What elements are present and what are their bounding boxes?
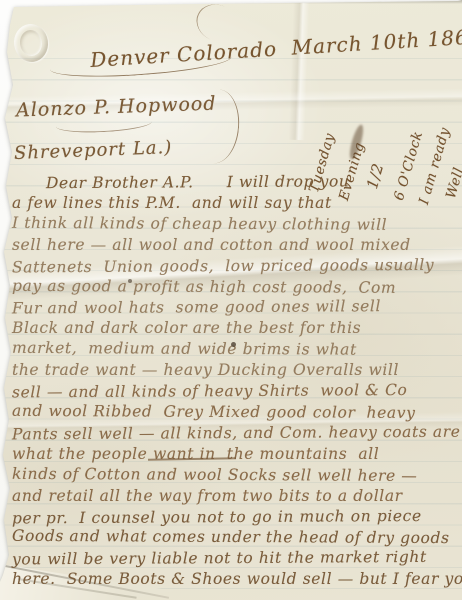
ink-dot — [128, 279, 132, 283]
body-line: I think all kinds of cheap heavy clothin… — [12, 213, 462, 236]
body-line: the trade want — heavy Ducking Overalls … — [12, 360, 462, 381]
ink-dot — [231, 342, 236, 347]
letter-paper: Denver Colorado March 10th 1868 Alonzo P… — [0, 0, 462, 600]
body-line: Sattenets Union goods, low priced goods … — [12, 254, 462, 278]
body-line: Pants sell well — all kinds, and Com. he… — [12, 421, 462, 445]
scanned-letter-scene: Denver Colorado March 10th 1868 Alonzo P… — [0, 0, 462, 600]
letter-paper-wrapper: Denver Colorado March 10th 1868 Alonzo P… — [0, 0, 462, 600]
body-line: here. Some Boots & Shoes would sell — bu… — [12, 569, 462, 590]
body-line: Goods and what comes under the head of d… — [12, 526, 462, 549]
body-line: you will be very liable not to hit the m… — [12, 547, 462, 571]
body-line: market, medium and wide brims is what — [12, 338, 462, 361]
body-line: kinds of Cotton and wool Socks sell well… — [12, 463, 462, 486]
body-line: Dear Brother A.P. I will drop you — [12, 171, 462, 195]
body-line: what the people want in the mountains al… — [12, 444, 462, 465]
body-line: sell — and all kinds of heavy Shirts woo… — [12, 380, 462, 404]
body-line: sell here — all wool and cotton and wool… — [12, 235, 462, 256]
body-line: a few lines this P.M. and will say that — [12, 193, 462, 214]
body-line: and retail all the way from two bits to … — [12, 486, 462, 507]
body-line: Black and dark color are the best for th… — [12, 318, 462, 339]
letter-body: Dear Brother A.P. I will drop you a few … — [12, 172, 462, 590]
body-line: and wool Ribbed Grey Mixed good color he… — [12, 401, 462, 424]
body-line: Fur and wool hats some good ones will se… — [12, 296, 462, 320]
